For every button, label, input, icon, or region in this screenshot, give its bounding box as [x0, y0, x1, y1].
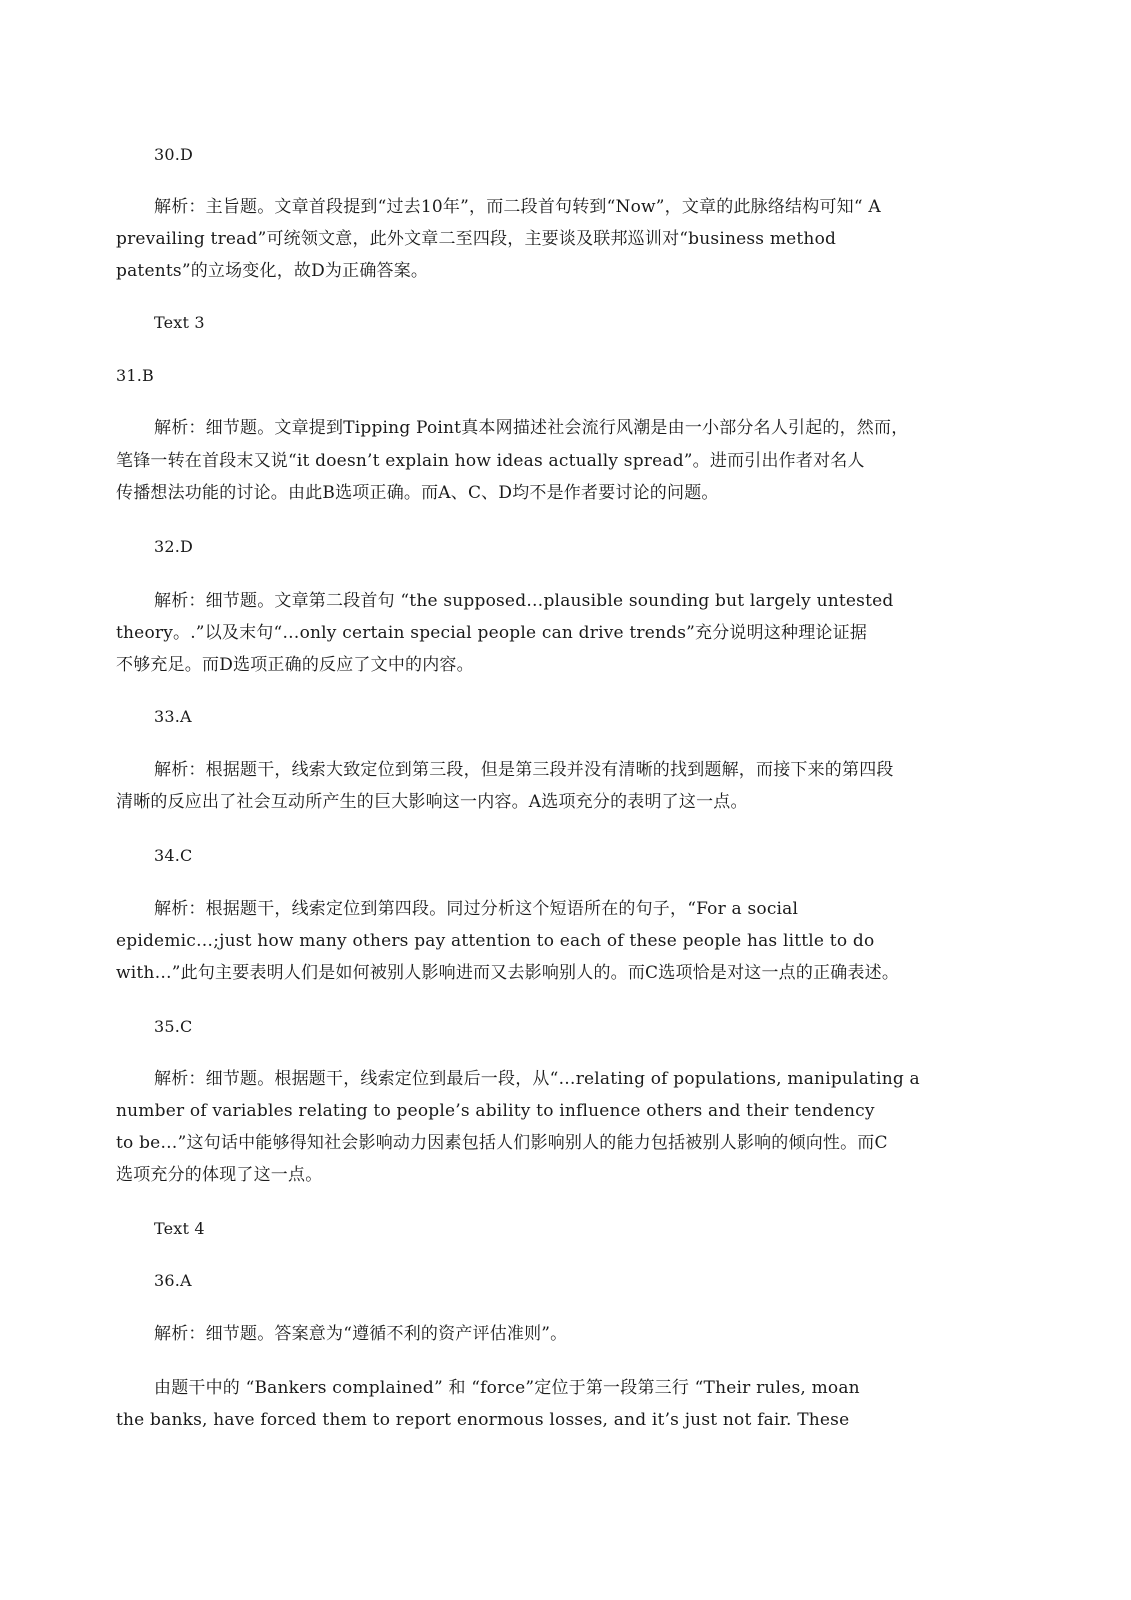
- analysis-text-line: 解析：根据题干，线索大致定位到第三段，但是第三段并没有清晰的找到题解，而接下来的…: [154, 759, 894, 781]
- analysis-text-line: theory。.”以及末句“…only certain special peop…: [116, 622, 867, 644]
- analysis-text-line: 不够充足。而D选项正确的反应了文中的内容。: [116, 654, 474, 676]
- analysis-text-line: with…”此句主要表明人们是如何被别人影响进而又去影响别人的。而C选项恰是对这…: [116, 962, 899, 984]
- analysis-text-line: patents”的立场变化，故D为正确答案。: [116, 260, 428, 282]
- answer-label: 33.A: [154, 706, 192, 728]
- analysis-text-line: 解析：细节题。文章第二段首句 “the supposed…plausible s…: [154, 590, 893, 612]
- answer-label: 32.D: [154, 536, 193, 558]
- answer-label: 34.C: [154, 845, 193, 867]
- analysis-text-line: 由题干中的 “Bankers complained” 和 “force”定位于第…: [154, 1377, 860, 1399]
- analysis-text-line: 清晰的反应出了社会互动所产生的巨大影响这一内容。A选项充分的表明了这一点。: [116, 791, 748, 813]
- section-heading: Text 4: [154, 1218, 205, 1240]
- analysis-text-line: 选项充分的体现了这一点。: [116, 1164, 322, 1186]
- analysis-text-line: epidemic…;just how many others pay atten…: [116, 930, 874, 952]
- answer-label: 30.D: [154, 144, 193, 166]
- analysis-text-line: number of variables relating to people’s…: [116, 1100, 875, 1122]
- analysis-text-line: 笔锋一转在首段末又说“it doesn’t explain how ideas …: [116, 450, 865, 472]
- analysis-text-line: 传播想法功能的讨论。由此B选项正确。而A、C、D均不是作者要讨论的问题。: [116, 482, 719, 504]
- answer-label: 36.A: [154, 1270, 192, 1292]
- analysis-text-line: to be…”这句话中能够得知社会影响动力因素包括人们影响别人的能力包括被别人影…: [116, 1132, 888, 1154]
- document-page: 30.D解析：主旨题。文章首段提到“过去10年”，而二段首句转到“Now”，文章…: [0, 0, 1131, 1600]
- analysis-text-line: 解析：细节题。文章提到Tipping Point真本网描述社会流行风潮是由一小部…: [154, 417, 908, 439]
- section-heading: Text 3: [154, 312, 205, 334]
- answer-label: 35.C: [154, 1016, 193, 1038]
- analysis-text-line: prevailing tread”可统领文意，此外文章二至四段，主要谈及联邦巡训…: [116, 228, 836, 250]
- analysis-text-line: 解析：细节题。根据题干，线索定位到最后一段，从“…relating of pop…: [154, 1068, 920, 1090]
- analysis-text-line: the banks, have forced them to report en…: [116, 1409, 849, 1431]
- analysis-text-line: 解析：细节题。答案意为“遵循不利的资产评估准则”。: [154, 1323, 567, 1345]
- answer-label: 31.B: [116, 365, 154, 387]
- analysis-text-line: 解析：根据题干，线索定位到第四段。同过分析这个短语所在的句子，“For a so…: [154, 898, 798, 920]
- analysis-text-line: 解析：主旨题。文章首段提到“过去10年”，而二段首句转到“Now”，文章的此脉络…: [154, 196, 881, 218]
